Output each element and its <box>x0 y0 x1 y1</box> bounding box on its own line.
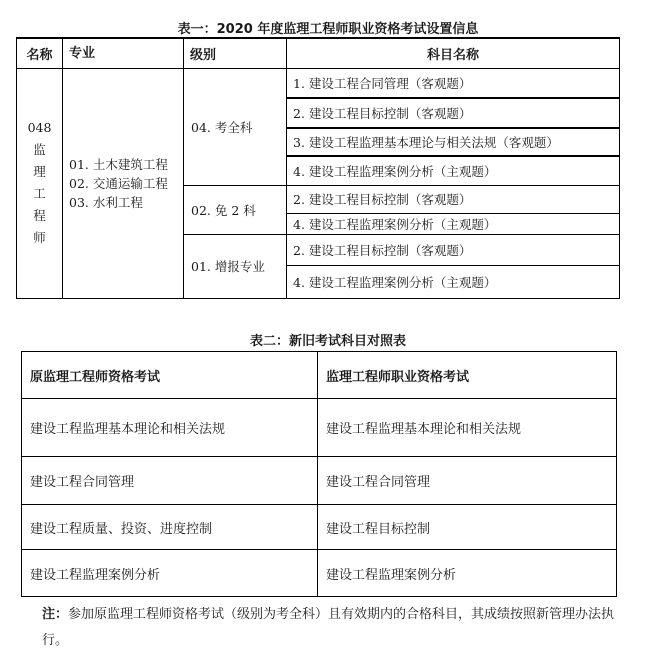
subject-cell: 4. 建设工程监理案例分析（主观题） <box>287 156 620 185</box>
old-subject: 建设工程合同管理 <box>22 457 318 505</box>
exam-code: 048 <box>17 117 62 139</box>
majors-cell: 01. 土木建筑工程 02. 交通运输工程 03. 水利工程 <box>63 68 184 298</box>
subject-cell: 2. 建设工程目标控制（客观题） <box>287 98 620 128</box>
exam-name-cell: 048 监 理 工 程 师 <box>17 68 63 298</box>
header-old-exam: 原监理工程师资格考试 <box>22 352 318 399</box>
major-item: 02. 交通运输工程 <box>69 174 183 193</box>
note-text: 参加原监理工程师资格考试（级别为考全科）且有效期内的合格科目，其成绩按照新管理办… <box>42 607 614 648</box>
table2-caption: 表二：新旧考试科目对照表 <box>0 330 656 349</box>
header-major: 专业 <box>63 38 184 68</box>
header-name: 名称 <box>17 38 63 68</box>
table-row: 建设工程监理基本理论和相关法规 建设工程监理基本理论和相关法规 <box>22 399 617 457</box>
subject-cell: 2. 建设工程目标控制（客观题） <box>287 234 620 265</box>
subject-cell: 3. 建设工程监理基本理论与相关法规（客观题） <box>287 128 620 156</box>
subject-cell: 1. 建设工程合同管理（客观题） <box>287 68 620 98</box>
level-add-major: 01. 增报专业 <box>184 234 287 298</box>
subject-cell: 4. 建设工程监理案例分析（主观题） <box>287 213 620 234</box>
header-level: 级别 <box>184 38 287 68</box>
exam-name-char: 工 <box>17 183 62 205</box>
subject-cell: 2. 建设工程目标控制（客观题） <box>287 185 620 213</box>
level-full: 04. 考全科 <box>184 68 287 185</box>
new-subject: 建设工程目标控制 <box>318 505 617 550</box>
table-row: 建设工程监理案例分析 建设工程监理案例分析 <box>22 550 617 597</box>
footnote: 注：参加原监理工程师资格考试（级别为考全科）且有效期内的合格科目，其成绩按照新管… <box>42 602 622 648</box>
table2-header-row: 原监理工程师资格考试 监理工程师职业资格考试 <box>22 352 617 399</box>
old-subject: 建设工程监理基本理论和相关法规 <box>22 399 318 457</box>
header-new-exam: 监理工程师职业资格考试 <box>318 352 617 399</box>
table-row: 048 监 理 工 程 师 01. 土木建筑工程 02. 交通运输工程 03. … <box>17 68 620 98</box>
exam-name-char: 监 <box>17 139 62 161</box>
table1-caption: 表一：2020 年度监理工程师职业资格考试设置信息 <box>0 18 656 37</box>
exam-name-char: 程 <box>17 205 62 227</box>
exam-settings-table: 名称 专业 级别 科目名称 048 监 理 工 程 师 01. 土木建筑工程 0… <box>16 37 620 299</box>
major-item: 03. 水利工程 <box>69 193 183 212</box>
table-row: 建设工程质量、投资、进度控制 建设工程目标控制 <box>22 505 617 550</box>
note-label: 注： <box>42 607 68 622</box>
subject-mapping-table: 原监理工程师资格考试 监理工程师职业资格考试 建设工程监理基本理论和相关法规 建… <box>21 351 617 597</box>
old-subject: 建设工程监理案例分析 <box>22 550 318 597</box>
table-row: 建设工程合同管理 建设工程合同管理 <box>22 457 617 505</box>
new-subject: 建设工程监理基本理论和相关法规 <box>318 399 617 457</box>
new-subject: 建设工程合同管理 <box>318 457 617 505</box>
level-exempt-2: 02. 免 2 科 <box>184 185 287 234</box>
major-item: 01. 土木建筑工程 <box>69 155 183 174</box>
exam-name-char: 理 <box>17 161 62 183</box>
subject-cell: 4. 建设工程监理案例分析（主观题） <box>287 265 620 298</box>
new-subject: 建设工程监理案例分析 <box>318 550 617 597</box>
exam-name-char: 师 <box>17 227 62 249</box>
table1-header-row: 名称 专业 级别 科目名称 <box>17 38 620 68</box>
old-subject: 建设工程质量、投资、进度控制 <box>22 505 318 550</box>
header-subject: 科目名称 <box>287 38 620 68</box>
